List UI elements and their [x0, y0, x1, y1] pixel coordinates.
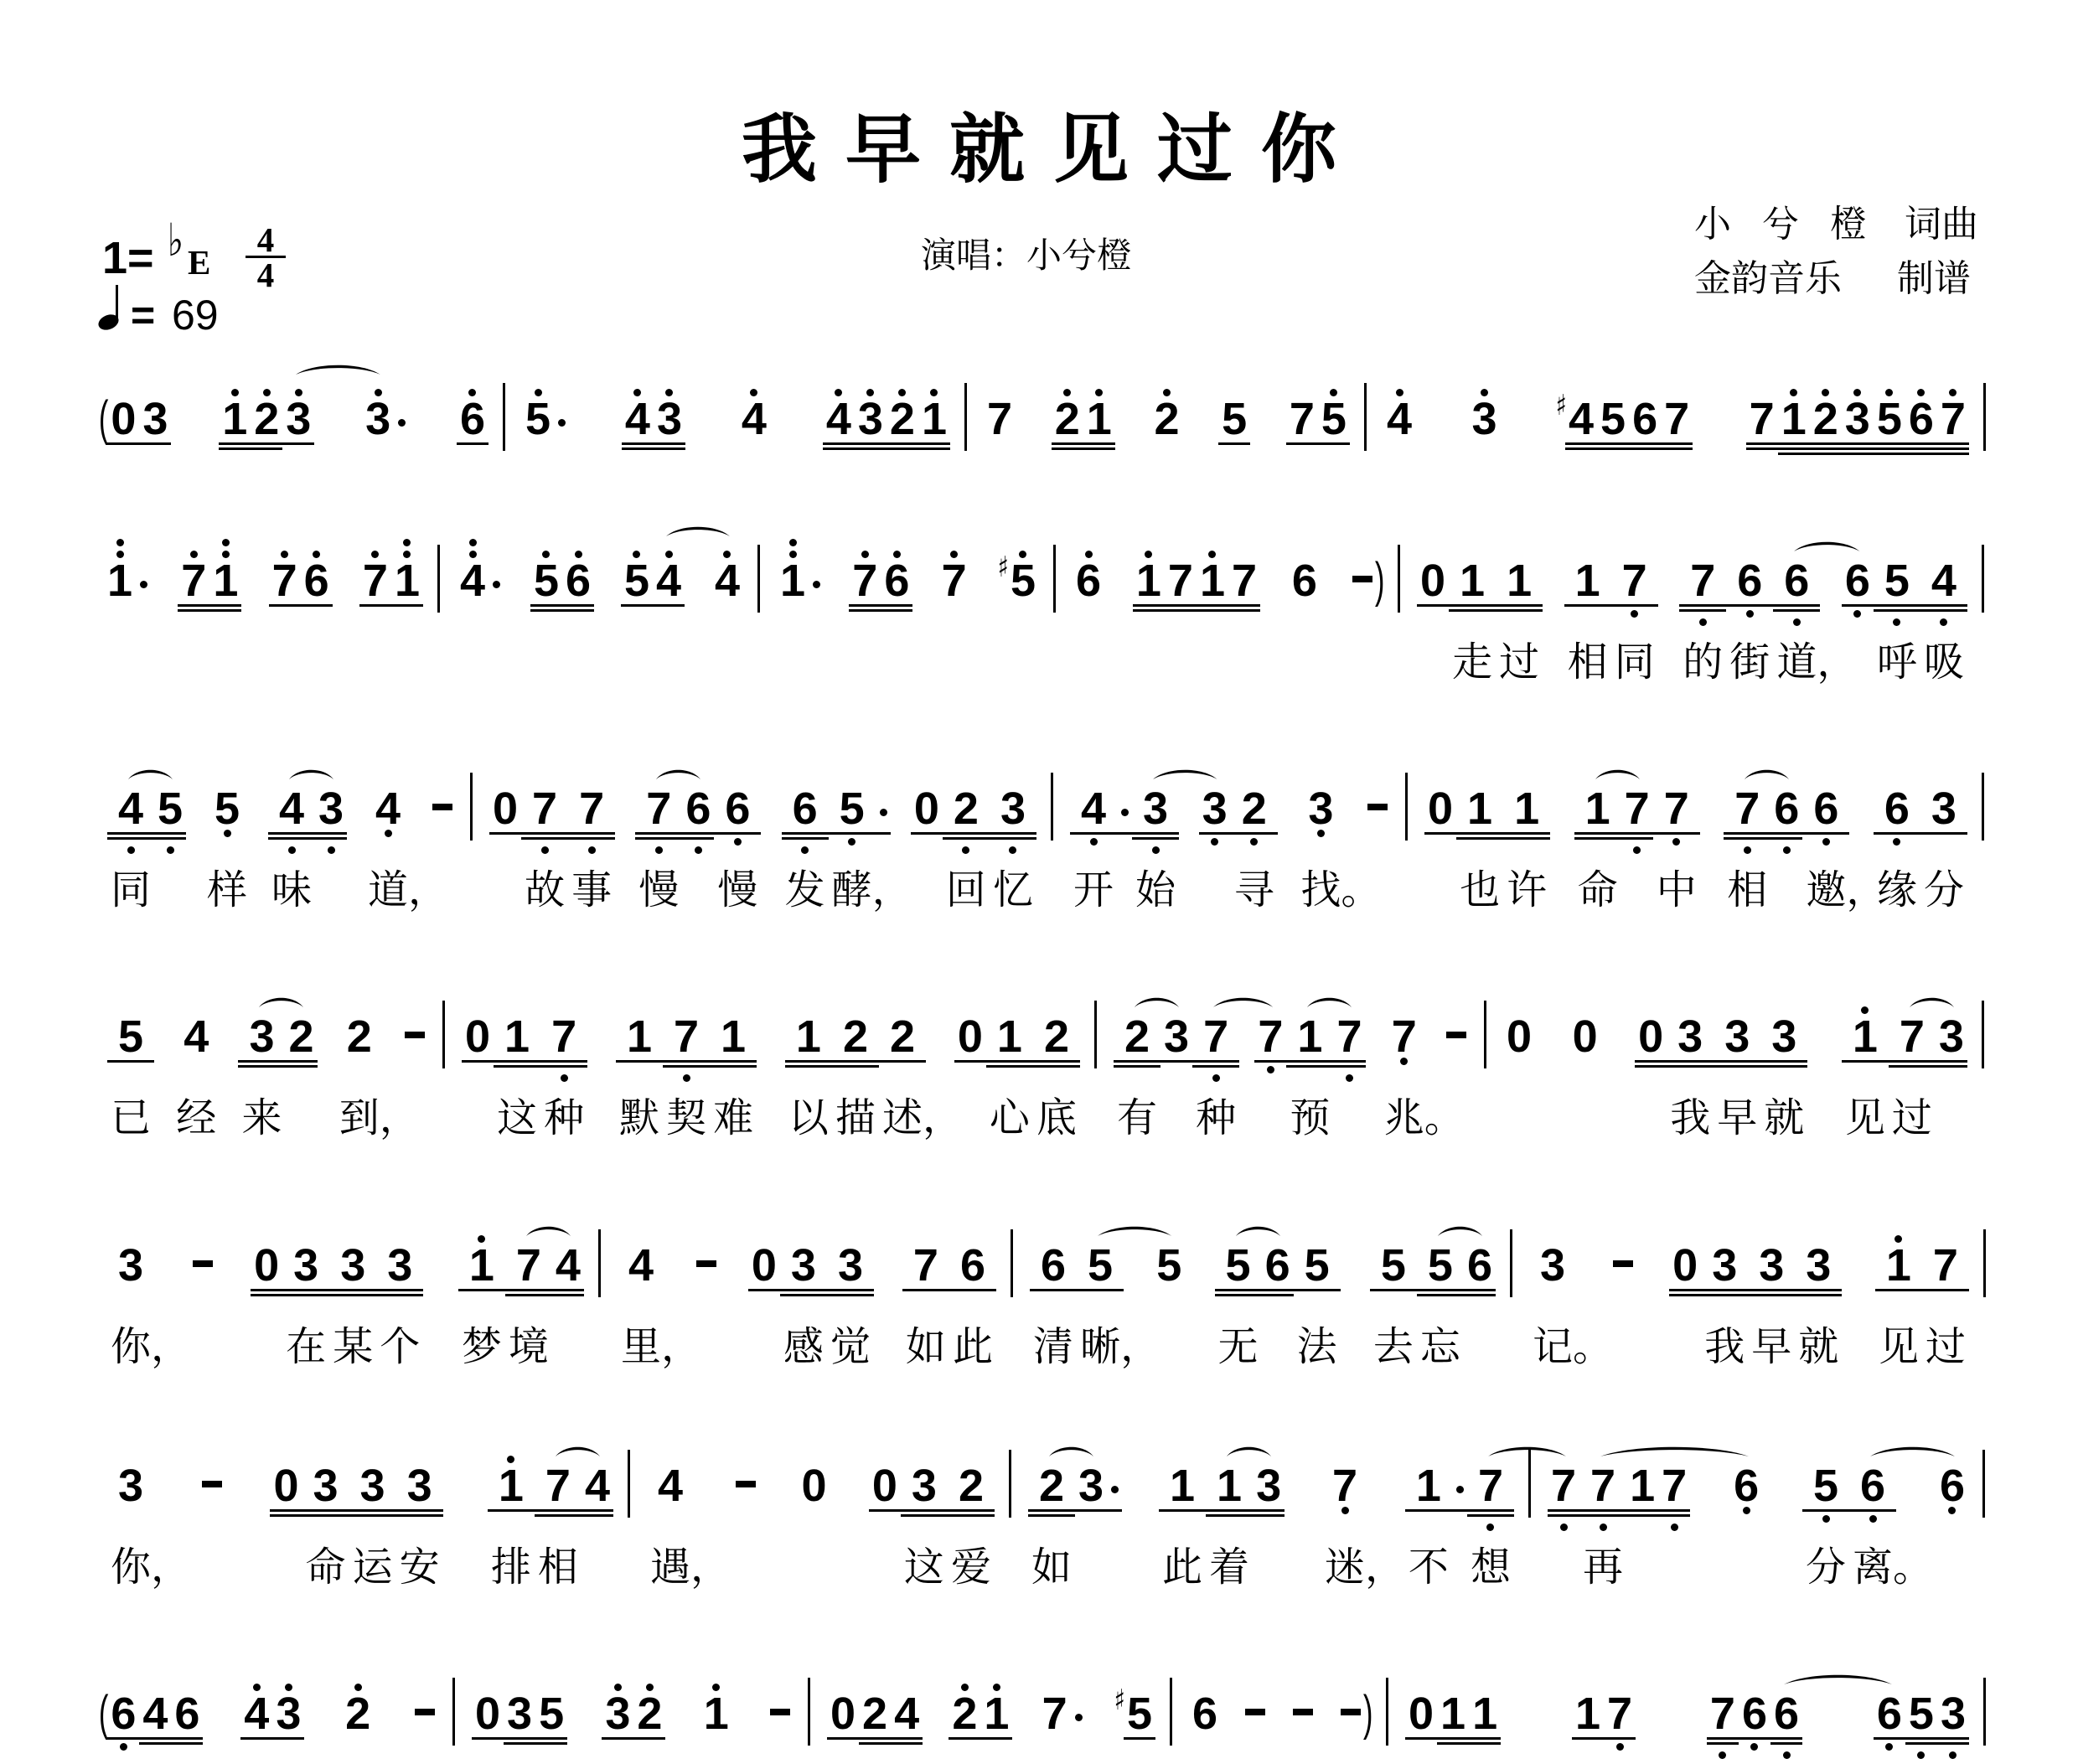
beam-underline — [1922, 1289, 1969, 1291]
beat-group — [1364, 786, 1391, 831]
measure: 01走1过1相7同7的6街6道，65呼4吸 — [1398, 558, 1982, 603]
beam-underline — [654, 447, 685, 450]
lyric-syllable: 预 — [1290, 1096, 1330, 1140]
note-digit: 3我 — [1712, 1243, 1737, 1288]
note: 1 — [918, 396, 950, 442]
note-digit: 1 — [213, 558, 238, 603]
lyric-syllable: 在 — [286, 1325, 326, 1368]
note: 6 — [171, 1691, 203, 1736]
note-digit: 7想 — [1478, 1463, 1503, 1508]
beat-group: 7兆。 — [1381, 1014, 1428, 1059]
beat-group: 1默7契1难 — [616, 1014, 757, 1059]
note: 7 — [1661, 396, 1693, 442]
beam-underline — [785, 1065, 832, 1068]
beat-group: 1 — [777, 558, 824, 603]
augmentation-dot — [398, 419, 406, 427]
octave-dot-above — [1145, 551, 1152, 558]
beam-underline — [1206, 1514, 1253, 1517]
lyric-syllable: 故 — [525, 868, 565, 912]
slur-arc — [1306, 996, 1352, 1009]
note-digit: 3分 — [1931, 786, 1957, 831]
note: 3 — [1199, 786, 1231, 831]
beam-underline — [827, 1737, 859, 1740]
beam-underline — [887, 447, 918, 450]
beam-underline — [1604, 1737, 1636, 1740]
note-digit: 2 — [1154, 396, 1179, 442]
note-digit: 2述， — [890, 1014, 915, 1059]
note-digit: 6 — [1292, 558, 1317, 603]
beam-underline — [1456, 832, 1503, 835]
note: 3某 — [329, 1243, 376, 1288]
note: 7 — [1228, 558, 1260, 603]
beat-group: 3记。 — [1529, 1243, 1576, 1288]
beam-underline — [949, 1737, 980, 1740]
beam-underline — [1503, 832, 1550, 835]
note: 2 — [949, 1691, 980, 1736]
note-digit: 2 — [254, 396, 279, 442]
slur-arc — [1600, 1445, 1750, 1458]
note: 3命 — [302, 1463, 349, 1508]
beam-underline — [881, 609, 912, 612]
performer-name: 小兮橙 — [1026, 235, 1132, 276]
beat-group: 32 — [602, 1691, 665, 1736]
beat-group: 7相66邀， — [1724, 786, 1849, 831]
note-digit: 1梦 — [469, 1243, 494, 1288]
beat-group: 7123567 — [1746, 396, 1969, 442]
note-digit: 6 — [884, 558, 909, 603]
lyric-syllable: 吸 — [1924, 640, 1964, 684]
beam-underline — [1707, 1737, 1739, 1740]
beat-group: 6缘3分 — [1874, 786, 1967, 831]
note-digit: 0 — [1428, 786, 1453, 831]
octave-dot-below — [1893, 838, 1900, 846]
note-digit: 2 — [289, 1014, 314, 1059]
beam-underline — [1778, 453, 1810, 455]
beat-group — [1290, 1691, 1316, 1736]
augmentation-dot — [1121, 809, 1129, 816]
lyric-syllable: 早 — [1717, 1096, 1757, 1140]
note-digit: 1 — [395, 558, 420, 603]
beam-underline — [1810, 447, 1842, 450]
octave-dot-below — [1616, 1743, 1624, 1751]
beam-underline — [622, 442, 654, 445]
beam-underline — [1231, 832, 1278, 835]
note-digit: 5 — [158, 786, 183, 831]
note: 0 — [1503, 1014, 1535, 1059]
note-digit: 5法 — [1305, 1243, 1330, 1288]
note: 0 — [1669, 1243, 1701, 1288]
octave-dot-above — [893, 551, 901, 558]
beam-underline — [396, 1509, 443, 1512]
note: 7 — [984, 396, 1016, 442]
note: 6 — [1189, 1691, 1221, 1736]
beam-underline — [1228, 604, 1260, 607]
beat-group: 21 — [1052, 396, 1115, 442]
beam-underline — [1417, 604, 1449, 607]
lyric-syllable: 的 — [1683, 640, 1723, 684]
note: 2如 — [1028, 1463, 1075, 1508]
note-digit: 7种 — [551, 1014, 576, 1059]
beat-group: 035 — [472, 1691, 567, 1736]
note-digit: 3这 — [912, 1463, 937, 1508]
measure: 7212575 — [965, 396, 1365, 442]
note: 6道， — [1773, 558, 1820, 603]
staff-line: (031233654344321721257543♯45677123567 — [0, 396, 2078, 442]
note-digit: 7 — [1607, 1691, 1632, 1736]
note: 1 — [104, 558, 151, 603]
note-digit: 6缘 — [1884, 786, 1910, 831]
lyric-syllable: 中 — [1657, 868, 1697, 912]
lyric-syllable: 慢 — [638, 868, 679, 912]
lyric-syllable: 呼 — [1877, 640, 1917, 684]
tempo-bpm: 69 — [172, 294, 219, 336]
lyric-syllable: 发 — [785, 868, 825, 912]
note: 1 — [700, 1691, 732, 1736]
beam-underline — [827, 1294, 874, 1296]
note-digit: 0 — [111, 396, 136, 442]
octave-dot-below — [1211, 838, 1218, 846]
note-digit: 3 — [507, 1691, 532, 1736]
note: 0 — [748, 1243, 780, 1288]
beam-underline — [1456, 837, 1503, 840]
beam-underline — [1667, 1060, 1714, 1063]
beam-underline — [1228, 609, 1260, 612]
note: 7 — [1333, 1014, 1365, 1059]
beam-underline — [1739, 1737, 1770, 1740]
beam-underline — [1496, 604, 1543, 607]
octave-dot-above — [403, 539, 411, 546]
note: 5 — [1597, 396, 1629, 442]
note: 7相 — [535, 1463, 582, 1508]
note-digit: 5分 — [1813, 1463, 1838, 1508]
note-digit: 5 — [1909, 1691, 1934, 1736]
beam-underline — [1874, 442, 1905, 445]
lyric-syllable: 过 — [1499, 640, 1539, 684]
note: ♯4 — [1565, 396, 1597, 442]
note: 1 — [391, 558, 423, 603]
sustain-dash — [199, 1463, 225, 1508]
note: 5样 — [204, 786, 251, 831]
beam-underline — [1579, 1509, 1626, 1512]
beam-underline — [901, 1509, 948, 1512]
beam-underline — [1033, 1060, 1080, 1063]
beam-underline — [1565, 442, 1597, 445]
octave-dot-above — [1396, 389, 1403, 396]
note: 7再 — [1579, 1463, 1626, 1508]
staff-line: 17176714565441767♯5617176)01走1过1相7同7的6街6… — [0, 558, 2078, 603]
measure: 3记。03我3早3就1见7过 — [1511, 1243, 1984, 1288]
beam-underline — [1572, 1737, 1604, 1740]
note: 4 — [552, 1243, 584, 1288]
beam-underline — [1192, 1060, 1239, 1063]
beam-underline — [315, 832, 347, 835]
slur-arc — [555, 1445, 601, 1458]
note: 7 — [849, 558, 881, 603]
beat-group: 71预7 — [1254, 1014, 1365, 1059]
beam-underline — [990, 837, 1036, 840]
note-digit: 7 — [1941, 396, 1966, 442]
note-digit: 5样 — [215, 786, 240, 831]
note: 3 — [1075, 1463, 1122, 1508]
octave-dot-below — [1885, 1743, 1893, 1751]
beam-underline — [238, 1060, 285, 1063]
note: 4开 — [1070, 786, 1132, 831]
note-digit: 5 — [1321, 396, 1347, 442]
note: 7 — [178, 558, 209, 603]
note: 3在 — [282, 1243, 329, 1288]
octave-dot-below — [1743, 1507, 1750, 1514]
octave-dot-below — [1853, 610, 1861, 618]
octave-dot-below — [1633, 846, 1641, 854]
note-digit: 7 — [1710, 1691, 1735, 1736]
beam-underline — [1437, 1742, 1469, 1745]
note: 7 — [1254, 1014, 1286, 1059]
beat-group: 1不7想 — [1405, 1463, 1514, 1508]
slur-arc — [1134, 996, 1180, 1009]
note-digit: 0 — [493, 786, 518, 831]
note-digit: 0 — [1573, 1014, 1598, 1059]
beam-underline — [489, 832, 521, 835]
slur-arc — [1235, 1224, 1281, 1238]
note: 2寻 — [1231, 786, 1278, 831]
beat-group: 7的6街6道， — [1679, 558, 1820, 603]
note: 4 — [891, 1691, 923, 1736]
beam-underline — [209, 609, 241, 612]
note: 5 — [1874, 396, 1905, 442]
octave-dot-below — [1152, 846, 1160, 854]
lyric-syllable: 兆。 — [1384, 1096, 1465, 1140]
note-digit: 7 — [1664, 396, 1689, 442]
note: 3 — [1937, 1691, 1969, 1736]
beat-group: 7 — [1039, 1691, 1086, 1736]
note: 6 — [1739, 1691, 1770, 1736]
octave-dot-above — [866, 389, 874, 396]
beat-group: 3你， — [107, 1463, 154, 1508]
note: 3忆 — [990, 786, 1036, 831]
lyric-syllable: 契 — [666, 1096, 706, 1140]
beam-underline — [359, 604, 391, 607]
note: 3你， — [107, 1243, 154, 1288]
staff-line: 3你，03命3运3安1排7相44遇，003这2爱2如31此1着37迷，1不7想7… — [0, 1463, 2078, 1508]
beat-group: 1以2描2述， — [785, 1014, 926, 1059]
octave-dot-above — [1853, 389, 1861, 396]
beam-underline — [107, 1060, 154, 1063]
beam-underline — [1714, 1060, 1760, 1063]
note-digit: 3你， — [118, 1243, 143, 1288]
note: 3运 — [349, 1463, 396, 1508]
octave-dot-below — [734, 838, 742, 846]
beam-underline — [376, 1294, 423, 1296]
note-digit: 3我 — [1677, 1014, 1703, 1059]
octave-dot-above — [646, 1684, 654, 1691]
beat-group: 5 — [1153, 1243, 1185, 1288]
beam-underline — [494, 1065, 540, 1068]
beam-underline — [1165, 604, 1197, 607]
lyric-syllable: 命 — [306, 1545, 346, 1589]
beam-underline — [1564, 604, 1611, 607]
measure: 3你，03命3运3安1排7相4 — [107, 1463, 628, 1508]
note: 6此 — [949, 1243, 996, 1288]
note-digit: 5 — [1877, 396, 1902, 442]
note-digit: 7中 — [1664, 786, 1689, 831]
octave-dot-below — [1600, 1523, 1607, 1531]
note: ♯5 — [1124, 1691, 1155, 1736]
beam-underline — [1802, 832, 1849, 835]
note: 2述， — [879, 1014, 926, 1059]
note-digit: 1这 — [504, 1014, 530, 1059]
note-digit: 4吸 — [1931, 558, 1957, 603]
note: 3 — [1160, 1014, 1192, 1059]
note: 3就 — [1760, 1014, 1807, 1059]
note: 5 — [621, 558, 653, 603]
note: 5 — [530, 558, 562, 603]
lyric-syllable: 忆 — [993, 868, 1033, 912]
note-digit: 3 — [1939, 1014, 1964, 1059]
beam-underline — [849, 609, 881, 612]
measure: 43♯45677123567 — [1365, 396, 1984, 442]
octave-dot-above — [535, 389, 542, 396]
note: 4同 — [107, 786, 154, 831]
note-digit: 5忘 — [1428, 1243, 1453, 1288]
note: 7如 — [902, 1243, 949, 1288]
augmentation-dot — [1075, 1714, 1083, 1721]
slur-arc — [1226, 1445, 1272, 1458]
note: 6缘 — [1874, 786, 1920, 831]
note: 6 — [1730, 1463, 1762, 1508]
note: 7过 — [1922, 1243, 1969, 1288]
lyric-syllable: 酵， — [832, 868, 912, 912]
beam-underline — [376, 1289, 423, 1291]
engraver-credit: 金韵音乐制谱 — [1694, 258, 1971, 300]
beam-underline — [1215, 1294, 1262, 1296]
beam-underline — [1262, 1289, 1294, 1291]
measure: 035321 — [453, 1691, 809, 1736]
note: 3 — [1469, 396, 1501, 442]
note-digit: 1见 — [1853, 1014, 1878, 1059]
beam-underline — [209, 604, 241, 607]
beam-underline — [1707, 1742, 1739, 1745]
beat-group — [693, 1243, 720, 1288]
measure: 456544 — [438, 558, 758, 603]
note-digit: 2爱 — [959, 1463, 984, 1508]
note: 5 — [535, 1691, 567, 1736]
note-digit: 3始 — [1143, 786, 1168, 831]
beat-group: 01心2底 — [954, 1014, 1080, 1059]
note: 7中 — [1653, 786, 1700, 831]
note-digit: 0 — [1672, 1243, 1698, 1288]
note-digit: 4 — [625, 396, 650, 442]
note-digit: 3 — [318, 786, 344, 831]
note: 6 — [301, 558, 333, 603]
note-digit: 7相 — [1734, 786, 1760, 831]
note: 2底 — [1033, 1014, 1080, 1059]
note-digit: 7同 — [1622, 558, 1647, 603]
note: 7的 — [1679, 558, 1726, 603]
beam-underline — [1597, 447, 1629, 450]
octave-dot-above — [469, 551, 477, 558]
beam-underline — [911, 832, 943, 835]
beam-underline — [396, 1514, 443, 1517]
lyric-syllable: 难 — [713, 1096, 753, 1140]
note-digit: 1 — [1575, 1691, 1600, 1736]
note: 3这 — [901, 1463, 948, 1508]
note: 5酵， — [829, 786, 891, 831]
beam-underline — [859, 1742, 891, 1745]
note: 6 — [1289, 558, 1321, 603]
beam-underline — [251, 447, 282, 450]
octave-dot-above — [789, 539, 797, 546]
octave-dot-above — [281, 551, 288, 558]
engraver-name: 金韵音乐 — [1694, 257, 1842, 300]
note-digit: 1许 — [1514, 786, 1539, 831]
note-digit: 2 — [952, 1691, 977, 1736]
octave-dot-above — [750, 389, 757, 396]
sharp-icon: ♯ — [1556, 391, 1567, 420]
beam-underline — [1874, 447, 1905, 450]
beat-group: ♯5 — [995, 558, 1039, 603]
note-digit: 1默 — [627, 1014, 652, 1059]
note: 7 — [1604, 1691, 1636, 1736]
octave-dot-above — [1917, 389, 1925, 396]
beat-group: 0 — [799, 1463, 830, 1508]
measure: 3你，03在3某3个1梦7境4 — [107, 1243, 599, 1288]
note-digit: 5无 — [1226, 1243, 1251, 1288]
note: 2回 — [943, 786, 990, 831]
note: 1预 — [1286, 1014, 1333, 1059]
beat-group: 3找。 — [1297, 786, 1344, 831]
note: 5忘 — [1417, 1243, 1464, 1288]
note: 3 — [1936, 1014, 1967, 1059]
beam-underline — [891, 1737, 923, 1740]
beat-group: 4里， — [618, 1243, 664, 1288]
note: 0 — [1405, 1691, 1437, 1736]
note: 7境 — [505, 1243, 552, 1288]
note-digit: 0 — [1638, 1014, 1663, 1059]
note-digit: 3 — [142, 396, 168, 442]
octave-dot-below — [224, 830, 231, 837]
augmentation-dot — [1111, 1486, 1119, 1493]
beam-underline — [1464, 1289, 1496, 1291]
beat-group: 4 — [457, 558, 504, 603]
note-digit: 4同 — [118, 786, 143, 831]
lyric-syllable: 忘 — [1420, 1325, 1460, 1368]
octave-dot-above — [222, 551, 230, 558]
note: 3我 — [1667, 1014, 1714, 1059]
measure: 77再1765分6离。6 — [1529, 1463, 1983, 1508]
measure: 4开3始32寻3找。 — [1052, 786, 1406, 831]
beam-underline — [1724, 832, 1770, 835]
beat-group: 03这2爱 — [869, 1463, 995, 1508]
beam-underline — [1748, 1289, 1795, 1291]
lyric-syllable: 里， — [621, 1325, 701, 1368]
note: 4道， — [364, 786, 411, 831]
beam-underline — [1936, 1065, 1967, 1068]
note: 3 — [654, 396, 685, 442]
note-digit: 0 — [1409, 1691, 1434, 1736]
beam-underline — [462, 1060, 494, 1063]
octave-dot-below — [848, 838, 855, 846]
beat-group: 1此1着3 — [1159, 1463, 1285, 1508]
note: 5 — [154, 786, 186, 831]
note-digit: 5去 — [1381, 1243, 1406, 1288]
beam-underline — [349, 1509, 396, 1512]
beam-underline — [1667, 1065, 1714, 1068]
beat-group: 2 — [342, 1691, 374, 1736]
note-digit: 7 — [1290, 396, 1315, 442]
beam-underline — [1635, 1060, 1667, 1063]
beam-underline — [282, 1289, 329, 1291]
note-digit: 4 — [1569, 396, 1594, 442]
